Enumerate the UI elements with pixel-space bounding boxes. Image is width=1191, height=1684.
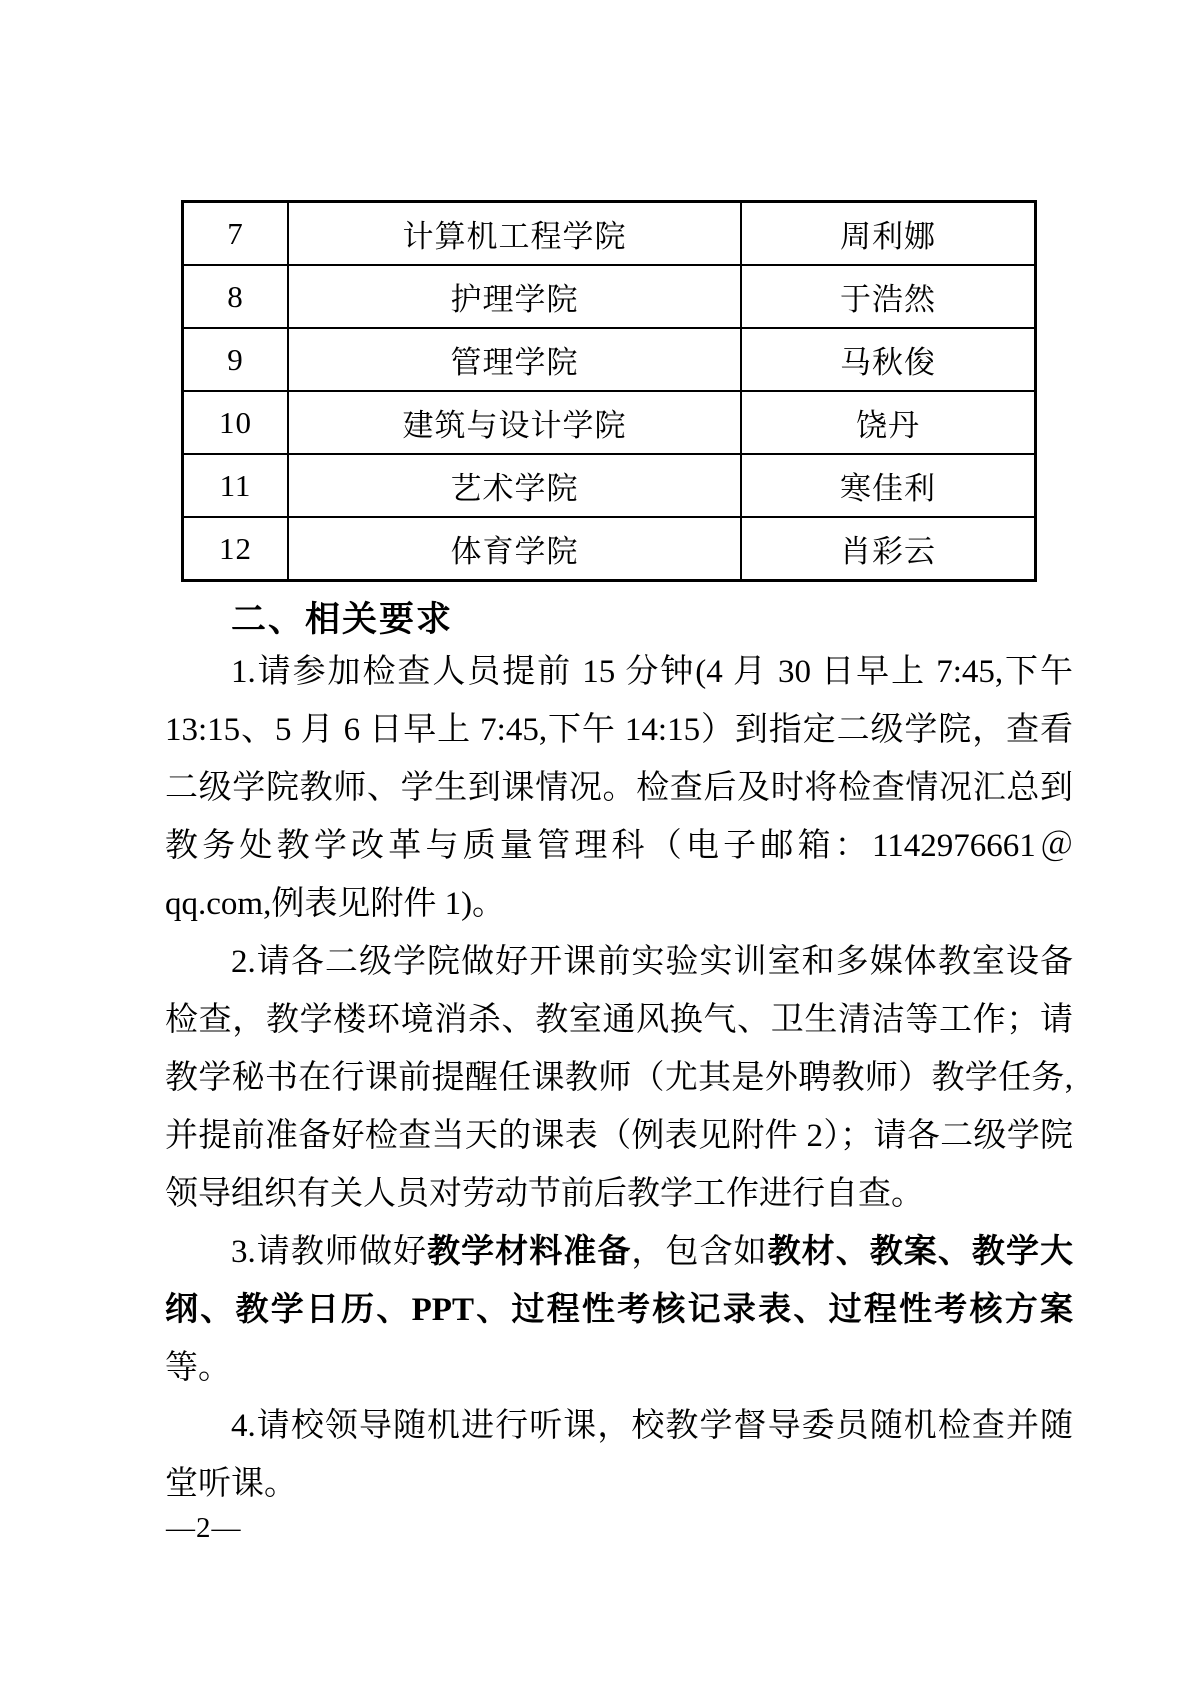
bold-phrase-teaching-materials: 教学材料准备 — [427, 1234, 631, 1270]
paragraph-4: 4.请校领导随机进行听课，校教学督导委员随机检查并随堂听课。 — [165, 1397, 1073, 1513]
table-row: 11 艺术学院 寒佳利 — [183, 454, 1036, 517]
paragraph-3-lead: 3.请教师做好 — [231, 1234, 427, 1270]
table-row: 10 建筑与设计学院 饶丹 — [183, 391, 1036, 454]
person-name-cell: 于浩然 — [741, 265, 1036, 328]
paragraph-1: 1.请参加检查人员提前 15 分钟(4 月 30 日早上 7:45,下午 13:… — [165, 643, 1073, 933]
person-name-cell: 饶丹 — [741, 391, 1036, 454]
college-name-cell: 计算机工程学院 — [288, 202, 741, 266]
page-number-footer: —2— — [166, 1512, 242, 1545]
paragraph-3-tail: 等。 — [165, 1350, 231, 1386]
person-name-cell: 周利娜 — [741, 202, 1036, 266]
paragraph-3-mid: ，包含如 — [631, 1234, 767, 1270]
table-row: 9 管理学院 马秋俊 — [183, 328, 1036, 391]
row-number-cell: 8 — [183, 265, 289, 328]
college-name-cell: 建筑与设计学院 — [288, 391, 741, 454]
row-number-cell: 12 — [183, 517, 289, 581]
section-heading: 二、相关要求 — [231, 592, 453, 642]
table-row: 12 体育学院 肖彩云 — [183, 517, 1036, 581]
row-number-cell: 10 — [183, 391, 289, 454]
paragraph-2: 2.请各二级学院做好开课前实验实训室和多媒体教室设备检查，教学楼环境消杀、教室通… — [165, 933, 1073, 1223]
paragraph-3: 3.请教师做好教学材料准备，包含如教材、教案、教学大纲、教学日历、PPT、过程性… — [165, 1223, 1073, 1397]
row-number-cell: 11 — [183, 454, 289, 517]
college-name-cell: 护理学院 — [288, 265, 741, 328]
person-name-cell: 肖彩云 — [741, 517, 1036, 581]
row-number-cell: 7 — [183, 202, 289, 266]
college-name-cell: 体育学院 — [288, 517, 741, 581]
row-number-cell: 9 — [183, 328, 289, 391]
staff-assignment-table: 7 计算机工程学院 周利娜 8 护理学院 于浩然 9 管理学院 马秋俊 10 建… — [181, 200, 1037, 582]
person-name-cell: 寒佳利 — [741, 454, 1036, 517]
table-row: 8 护理学院 于浩然 — [183, 265, 1036, 328]
person-name-cell: 马秋俊 — [741, 328, 1036, 391]
college-name-cell: 管理学院 — [288, 328, 741, 391]
document-page: 7 计算机工程学院 周利娜 8 护理学院 于浩然 9 管理学院 马秋俊 10 建… — [0, 0, 1191, 1684]
body-text-block: 1.请参加检查人员提前 15 分钟(4 月 30 日早上 7:45,下午 13:… — [165, 643, 1073, 1513]
college-name-cell: 艺术学院 — [288, 454, 741, 517]
table-row: 7 计算机工程学院 周利娜 — [183, 202, 1036, 266]
